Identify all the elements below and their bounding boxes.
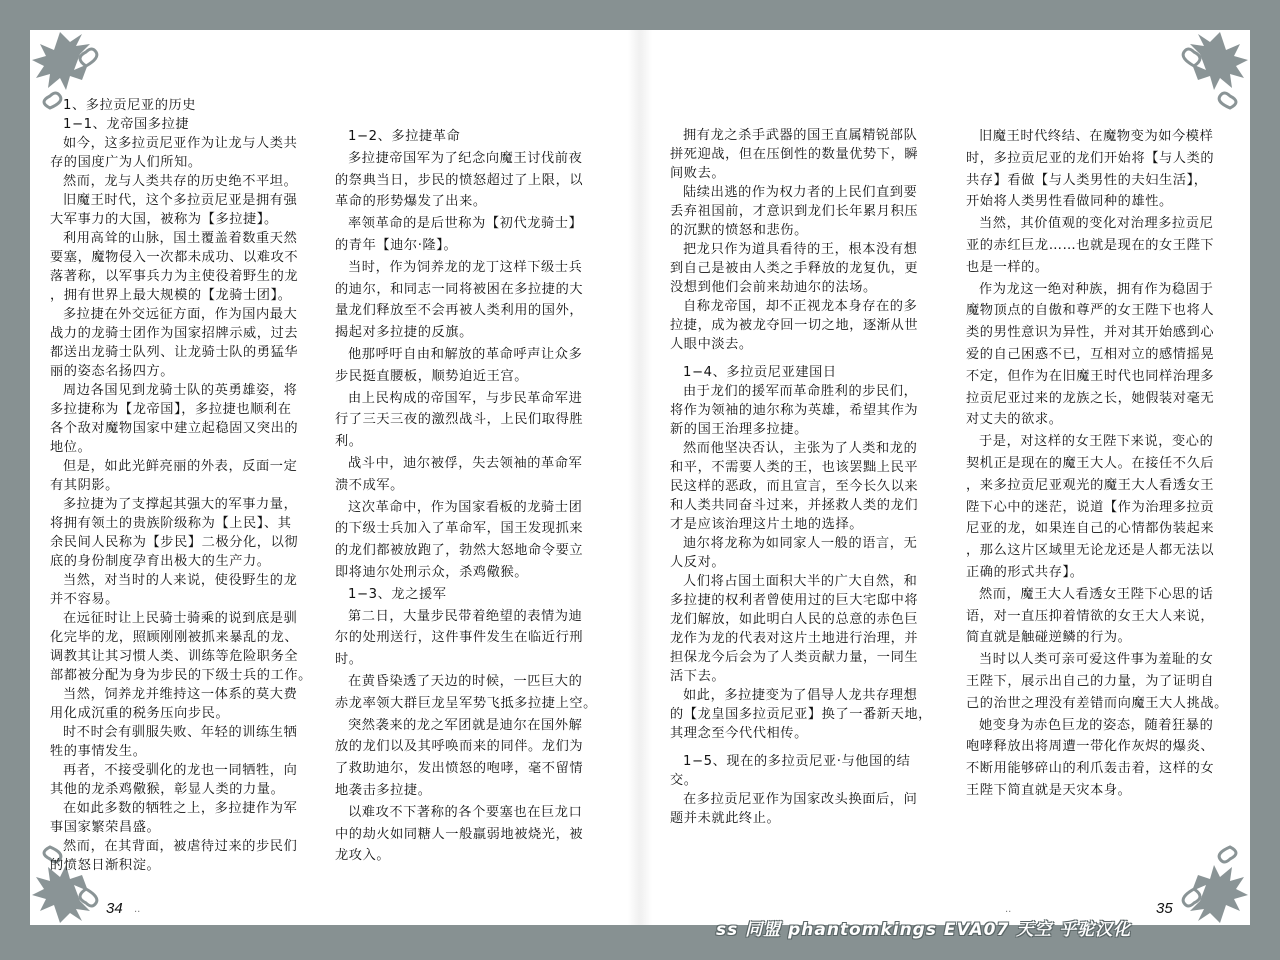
text-line: 1−3、龙之援军 (335, 584, 597, 606)
text-line: 余民间人民称为【步民】二极分化，以彻 (50, 533, 312, 552)
text-line: 咆哮释放出将周遭一带化作灰烬的爆炎、 (966, 736, 1228, 758)
text-line: 的愤怒日渐积淀。 (50, 856, 312, 875)
text-line: 拥有龙之杀手武器的国王直属精锐部队 (670, 126, 932, 145)
text-line: 人们将占国土面积大半的广大自然，和 (670, 572, 932, 591)
text-line: 魔物顶点的自傲和尊严的女王陛下也将人 (966, 300, 1228, 322)
text-line: 要塞，魔物侵入一次都未成功、以难攻不 (50, 248, 312, 267)
text-line: 不定，但作为在旧魔王时代也同样治理多 (966, 366, 1228, 388)
text-line: 多拉捷为了支撑起其强大的军事力量， (50, 495, 312, 514)
text-line: 丢弃祖国前，才意识到龙们长年累月积压 (670, 202, 932, 221)
text-line: 龙们解放，如此明白人民的总意的赤色巨 (670, 610, 932, 629)
text-line: 的龙们都被放跑了，勃然大怒地命令要立 (335, 540, 597, 562)
text-line: 揭起对多拉捷的反旗。 (335, 322, 597, 344)
text-line: 1−5、现在的多拉贡尼亚·与他国的结 (670, 752, 932, 771)
text-line: 活下去。 (670, 667, 932, 686)
left-page-column-2: 1−2、多拉捷革命多拉捷帝国军为了纪念向魔王讨伐前夜的祭典当日，步民的愤怒超过了… (335, 126, 597, 867)
text-line: 在黄昏染透了天边的时候，一匹巨大的 (335, 671, 597, 693)
text-line: 其他的龙杀鸡儆猴，彰显人类的力量。 (50, 780, 312, 799)
text-line: 拼死迎战，但在压倒性的数量优势下，瞬 (670, 145, 932, 164)
text-line: 拉捷，成为被龙夺回一切之地，逐渐从世 (670, 316, 932, 335)
text-line: 将作为领袖的迪尔称为英雄，希望其作为 (670, 401, 932, 420)
text-line: 也是一样的。 (966, 257, 1228, 279)
text-line: 时。 (335, 649, 597, 671)
text-line: 1−2、多拉捷革命 (335, 126, 597, 148)
text-line: 拉贡尼亚过来的龙族之长，她假装对毫无 (966, 388, 1228, 410)
text-line: 革命的形势爆发了出来。 (335, 191, 597, 213)
text-line: 共存】看做【与人类男性的夫妇生活】， (966, 170, 1228, 192)
text-line: 将拥有领土的贵族阶级称为【上民】、其 (50, 514, 312, 533)
text-line: 当然，其价值观的变化对治理多拉贡尼 (966, 213, 1228, 235)
text-line: 1−1、龙帝国多拉捷 (50, 115, 312, 134)
text-line: 利。 (335, 431, 597, 453)
text-line: 语，对一直压抑着情欲的女王大人来说， (966, 606, 1228, 628)
text-line: 放的龙们以及其呼唤而来的同伴。龙们为 (335, 736, 597, 758)
right-page-column-1: 拥有龙之杀手武器的国王直属精锐部队拼死迎战，但在压倒性的数量优势下，瞬间败去。陆… (670, 126, 932, 828)
text-line: 交。 (670, 771, 932, 790)
scanlation-watermark: ss 同盟 phantomkings EVA07 天空 乎驼汉化 (716, 915, 1131, 940)
text-line: 的迪尔，和同志一同将被困在多拉捷的大 (335, 279, 597, 301)
text-line: 调教其让其习惯人类、训练等危险职务全 (50, 647, 312, 666)
text-line: 溃不成军。 (335, 475, 597, 497)
text-line: 当然，饲养龙并维持这一体系的莫大费 (50, 685, 312, 704)
right-page-column-2: 旧魔王时代终结、在魔物变为如今模样时，多拉贡尼亚的龙们开始将【与人类的共存】看做… (966, 126, 1228, 802)
text-line: 旧魔王时代终结、在魔物变为如今模样 (966, 126, 1228, 148)
text-line: 第二日，大量步民带着绝望的表情为迪 (335, 606, 597, 628)
text-line: 步民挺直腰板，顺势迫近王宫。 (335, 366, 597, 388)
text-line: 地位。 (50, 438, 312, 457)
text-line: 利用高耸的山脉，国土覆盖着数重天然 (50, 229, 312, 248)
text-line: 新的国王治理多拉捷。 (670, 420, 932, 439)
text-line: 但是，如此光鲜亮丽的外表，反面一定 (50, 457, 312, 476)
text-line: 时，多拉贡尼亚的龙们开始将【与人类的 (966, 148, 1228, 170)
text-line: 如此，多拉捷变为了倡导人龙共存理想 (670, 686, 932, 705)
text-line: 的祭典当日，步民的愤怒超过了上限，以 (335, 170, 597, 192)
text-line: 当时，作为饲养龙的龙丁这样下级士兵 (335, 257, 597, 279)
text-line: 的青年【迪尔·隆】。 (335, 235, 597, 257)
text-line: 地袭击多拉捷。 (335, 780, 597, 802)
page-gutter (628, 30, 652, 925)
text-line: 落著称，以军事兵力为主使役着野生的龙 (50, 267, 312, 286)
text-line: 到自己是被由人类之手释放的龙复仇，更 (670, 259, 932, 278)
text-line: 多拉捷称为【龙帝国】，多拉捷也顺利在 (50, 400, 312, 419)
corner-ornament-icon (1160, 30, 1250, 120)
text-line: 由上民构成的帝国军，与步民革命军进 (335, 388, 597, 410)
text-line: 牲的事情发生。 (50, 742, 312, 761)
text-line: 战力的龙骑士团作为国家招牌示威，过去 (50, 324, 312, 343)
text-line: 1−4、多拉贡尼亚建国日 (670, 363, 932, 382)
text-line: 在如此多数的牺牲之上，多拉捷作为军 (50, 799, 312, 818)
page-number-left: 34 (106, 900, 123, 917)
text-line: 陆续出逃的作为权力者的上民们直到要 (670, 183, 932, 202)
text-line: ，来多拉贡尼亚观光的魔王大人看透女王 (966, 475, 1228, 497)
text-line: 己的治世之理没有差错而向魔王大人挑战。 (966, 693, 1228, 715)
text-line: 然而他坚决否认，主张为了人类和龙的 (670, 439, 932, 458)
text-line: 这次革命中，作为国家看板的龙骑士团 (335, 497, 597, 519)
text-line: 赤龙率领大群巨龙呈军势飞抵多拉捷上空。 (335, 693, 597, 715)
text-line: 的下级士兵加入了革命军，国王发现抓来 (335, 518, 597, 540)
text-line: 存的国度广为人们所知。 (50, 153, 312, 172)
text-line: 龙攻入。 (335, 845, 597, 867)
text-line: 战斗中，迪尔被俘，失去领袖的革命军 (335, 453, 597, 475)
text-line: 担保龙今后会为了人类贡献力量，一同生 (670, 648, 932, 667)
text-line: 迪尔将龙称为如同家人一般的语言，无 (670, 534, 932, 553)
text-line: 如今，这多拉贡尼亚作为让龙与人类共 (50, 134, 312, 153)
text-line: 事国家繁荣昌盛。 (50, 818, 312, 837)
text-line: 底的身份制度孕育出极大的生产力。 (50, 552, 312, 571)
text-line: 王陛下，展示出自己的力量，为了证明自 (966, 671, 1228, 693)
page-number-dots-left: .. (134, 904, 140, 915)
text-line: 人反对。 (670, 553, 932, 572)
text-line: 有其阴影。 (50, 476, 312, 495)
text-line: 尼亚的龙，如果连自己的心情都伪装起来 (966, 518, 1228, 540)
text-line: 时不时会有驯服失败、年轻的训练生牺 (50, 723, 312, 742)
text-line: 尔的处刑送行，这件事件发生在临近行刑 (335, 627, 597, 649)
text-line: 了救助迪尔，发出愤怒的咆哮，毫不留情 (335, 758, 597, 780)
page-number-dots-right: .. (1005, 904, 1011, 915)
text-line: 多拉捷的权利者曾使用过的巨大宅邸中将 (670, 591, 932, 610)
text-line: 当时以人类可亲可爱这件事为羞耻的女 (966, 649, 1228, 671)
text-line: 在多拉贡尼亚作为国家改头换面后，问 (670, 790, 932, 809)
page-number-right: 35 (1156, 900, 1173, 917)
text-line: 以难攻不下著称的各个要塞也在巨龙口 (335, 802, 597, 824)
text-line: 的沉默的愤怒和悲伤。 (670, 221, 932, 240)
left-page-column-1: 1、多拉贡尼亚的历史1−1、龙帝国多拉捷如今，这多拉贡尼亚作为让龙与人类共存的国… (50, 96, 312, 875)
text-line: 把龙只作为道具看待的王，根本没有想 (670, 240, 932, 259)
text-line: 不断用能够碎山的利爪轰击着，这样的女 (966, 758, 1228, 780)
text-line: 由于龙们的援军而革命胜利的步民们， (670, 382, 932, 401)
text-line: 自称龙帝国，却不正视龙本身存在的多 (670, 297, 932, 316)
text-line: 1、多拉贡尼亚的历史 (50, 96, 312, 115)
text-line: 中的劫火如同糖人一般羸弱地被烧光，被 (335, 824, 597, 846)
text-line: 对丈夫的欲求。 (966, 409, 1228, 431)
text-line: ，那么这片区域里无论龙还是人都无法以 (966, 540, 1228, 562)
text-line: 再者，不接受驯化的龙也一同牺牲，向 (50, 761, 312, 780)
text-line: 龙作为龙的代表对这片土地进行治理，并 (670, 629, 932, 648)
text-line: 周边各国见到龙骑士队的英勇雄姿，将 (50, 381, 312, 400)
text-line: 陛下心中的迷茫，说道【作为治理多拉贡 (966, 497, 1228, 519)
text-line: 他那呼吁自由和解放的革命呼声让众多 (335, 344, 597, 366)
text-line: 然而，龙与人类共存的历史绝不平坦。 (50, 172, 312, 191)
text-line: 化完毕的龙，照顾刚刚被抓来暴乱的龙、 (50, 628, 312, 647)
text-line: 用化成沉重的税务压向步民。 (50, 704, 312, 723)
text-line: 题并未就此终止。 (670, 809, 932, 828)
text-line: 然而，在其背面，被虐待过来的步民们 (50, 837, 312, 856)
text-line: 于是，对这样的女王陛下来说，变心的 (966, 431, 1228, 453)
text-line: 旧魔王时代，这个多拉贡尼亚是拥有强 (50, 191, 312, 210)
text-line: 人眼中淡去。 (670, 335, 932, 354)
text-line: 多拉捷在外交远征方面，作为国内最大 (50, 305, 312, 324)
text-line: 简直就是触碰逆鳞的行为。 (966, 627, 1228, 649)
text-line: 民这样的恶政，而且宣言，至今长久以来 (670, 477, 932, 496)
text-line: 部都被分配为身为步民的下级士兵的工作。 (50, 666, 312, 685)
text-line: 并不容易。 (50, 590, 312, 609)
text-line: 突然袭来的龙之军团就是迪尔在国外解 (335, 715, 597, 737)
text-line: 正确的形式共存】。 (966, 562, 1228, 584)
text-line: 率领革命的是后世称为【初代龙骑士】 (335, 213, 597, 235)
corner-ornament-icon (1160, 835, 1250, 925)
text-line: 大军事力的大国，被称为【多拉捷】。 (50, 210, 312, 229)
text-line: 爱的自己困惑不已，互相对立的感情摇晃 (966, 344, 1228, 366)
text-line: 王陛下简直就是天灾本身。 (966, 780, 1228, 802)
text-line: 作为龙这一绝对种族，拥有作为稳固于 (966, 279, 1228, 301)
text-line: 即将迪尔处刑示众，杀鸡儆猴。 (335, 562, 597, 584)
text-line: 契机正是现在的魔王大人。在接任不久后 (966, 453, 1228, 475)
text-line: 其理念至今代代相传。 (670, 724, 932, 743)
text-line: 才是应该治理这片土地的选择。 (670, 515, 932, 534)
paragraph-gap (670, 354, 932, 363)
text-line: 类的男性意识为异性，并对其开始感到心 (966, 322, 1228, 344)
text-line: 当然，对当时的人来说，使役野生的龙 (50, 571, 312, 590)
text-line: 和平，不需要人类的王，也该罢黜上民平 (670, 458, 932, 477)
text-line: 在远征时让上民骑士骑乘的说到底是驯 (50, 609, 312, 628)
text-line: 的【龙皇国多拉贡尼亚】换了一番新天地， (670, 705, 932, 724)
text-line: 量龙们释放至不会再被人类利用的国外， (335, 300, 597, 322)
text-line: 和人类共同奋斗过来，并拯救人类的龙们 (670, 496, 932, 515)
text-line: 间败去。 (670, 164, 932, 183)
text-line: 亚的赤红巨龙……也就是现在的女王陛下 (966, 235, 1228, 257)
text-line: ，拥有世界上最大规模的【龙骑士团】。 (50, 286, 312, 305)
text-line: 然而，魔王大人看透女王陛下心思的话 (966, 584, 1228, 606)
text-line: 她变身为赤色巨龙的姿态，随着狂暴的 (966, 715, 1228, 737)
text-line: 都送出龙骑士队列、让龙骑士队的勇猛华 (50, 343, 312, 362)
text-line: 开始将人类男性看做同种的雄性。 (966, 191, 1228, 213)
text-line: 没想到他们会前来劫迪尔的法场。 (670, 278, 932, 297)
text-line: 丽的姿态名扬四方。 (50, 362, 312, 381)
paragraph-gap (670, 743, 932, 752)
text-line: 各个敌对魔物国家中建立起稳固又突出的 (50, 419, 312, 438)
text-line: 行了三天三夜的激烈战斗，上民们取得胜 (335, 409, 597, 431)
text-line: 多拉捷帝国军为了纪念向魔王讨伐前夜 (335, 148, 597, 170)
